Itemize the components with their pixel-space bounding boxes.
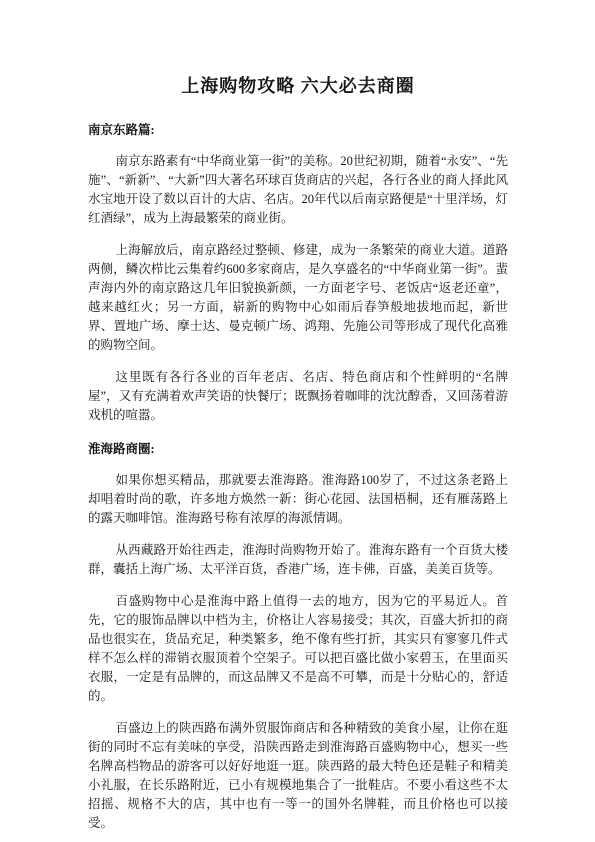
paragraph-parkson-shopping-center: 百盛购物中心是淮海中路上值得一去的地方，因为它的平易近人。首先，它的服饰品牌以中… — [88, 592, 508, 706]
paragraph-huaihai-intro: 如果你想买精品，那就要去淮海路。淮海路100岁了，不过这条老路上却唱着时尚的歌，… — [88, 471, 508, 528]
paragraph-shaanxi-road: 百盛边上的陕西路布满外贸服饰商店和各种精致的美食小屋，让你在逛街的同时不忘有美味… — [88, 719, 508, 833]
document-page: 上海购物攻略 六大必去商圈 南京东路篇: 南京东路素有“中华商业第一街”的美称。… — [0, 0, 595, 842]
paragraph-nanjing-shops-atmosphere: 这里既有各行各业的百年老店、名店、特色商店和个性鲜明的“名牌屋”，又有充满着欢声… — [88, 368, 508, 425]
document-title: 上海购物攻略 六大必去商圈 — [88, 76, 508, 96]
paragraph-nanjing-after-liberation: 上海解放后，南京路经过整顿、修建，成为一条繁荣的商业大道。道路两侧，鳞次栉比云集… — [88, 241, 508, 355]
section-heading-nanjing-east-road: 南京东路篇: — [88, 122, 508, 138]
paragraph-nanjing-history: 南京东路素有“中华商业第一街”的美称。20世纪初期，随着“永安”、“先施”、“新… — [88, 152, 508, 228]
paragraph-huaihai-department-stores: 从西藏路开始往西走，淮海时尚购物开始了。淮海东路有一个百货大楼群，囊括上海广场、… — [88, 541, 508, 579]
section-heading-huaihai-road: 淮海路商圈: — [88, 441, 508, 457]
